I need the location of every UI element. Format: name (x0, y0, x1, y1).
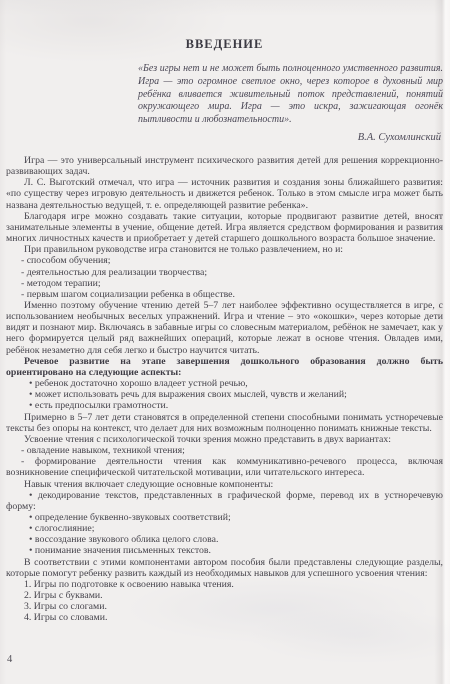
page-number: 4 (7, 654, 12, 665)
epigraph-quote: «Без игры нет и не может быть полноценно… (138, 63, 443, 127)
text-block-num: 1. Игры по подготовке к освоению навыка … (6, 579, 443, 590)
text-block-num: 2. Игры с буквами. (6, 590, 443, 601)
text-block-bullet: • есть предпосылки грамотности. (6, 400, 443, 411)
text-block-dash: - методом терапии; (6, 278, 443, 289)
text-block-p: Именно поэтому обучение чтению детей 5–7… (6, 300, 443, 356)
epigraph-attribution: В.А. Сухомлинский (138, 132, 441, 143)
text-block-p: Примерно в 5–7 лет дети становятся в опр… (6, 412, 443, 434)
text-block-bullet: • декодирование текстов, представленных … (6, 490, 443, 512)
text-block-bullet: • воссоздание звукового облика целого сл… (6, 534, 443, 545)
text-block-bullet: • может использовать речь для выражения … (6, 389, 443, 400)
text-block-p: В соответствии с этими компонентами авто… (6, 557, 443, 579)
text-block-dash: - первым шагом социализации ребенка в об… (6, 289, 443, 300)
text-block-dash: - формирование деятельности чтения как к… (6, 456, 443, 478)
text-block-p: Навык чтения включает следующие основные… (6, 479, 443, 490)
text-block-bold: Речевое развитие на этапе завершения дош… (6, 356, 443, 378)
text-block-p: Л. С. Выготский отмечал, что игра — исто… (6, 177, 443, 210)
epigraph-block: «Без игры нет и не может быть полноценно… (138, 63, 443, 143)
text-block-p: При правильном руководстве игра становит… (6, 244, 443, 255)
text-block-num: 4. Игры со словами. (6, 612, 443, 623)
text-block-dash: - деятельностью для реализации творчеств… (6, 267, 443, 278)
text-block-bullet: • слогослияние; (6, 523, 443, 534)
text-block-dash: - овладение навыком, техникой чтения; (6, 445, 443, 456)
text-block-num: 3. Игры со слогами. (6, 601, 443, 612)
text-block-dash: - способом обучения; (6, 255, 443, 266)
text-block-p: Благодаря игре можно создавать такие сит… (6, 211, 443, 244)
text-block-p: Игра — это универсальный инструмент псих… (6, 155, 443, 177)
scanned-book-page: ВВЕДЕНИЕ «Без игры нет и не может быть п… (0, 0, 450, 684)
page-content: ВВЕДЕНИЕ «Без игры нет и не может быть п… (6, 0, 443, 624)
text-block-bullet: • определение буквенно-звуковых соответс… (6, 512, 443, 523)
text-block-bullet: • ребенок достаточно хорошо владеет устн… (6, 378, 443, 389)
body-blocks: Игра — это универсальный инструмент псих… (6, 155, 443, 624)
text-block-bullet: • понимание значения письменных текстов. (6, 545, 443, 556)
text-block-p: Усвоение чтения с психологической точки … (6, 434, 443, 445)
page-title: ВВЕДЕНИЕ (6, 37, 443, 52)
